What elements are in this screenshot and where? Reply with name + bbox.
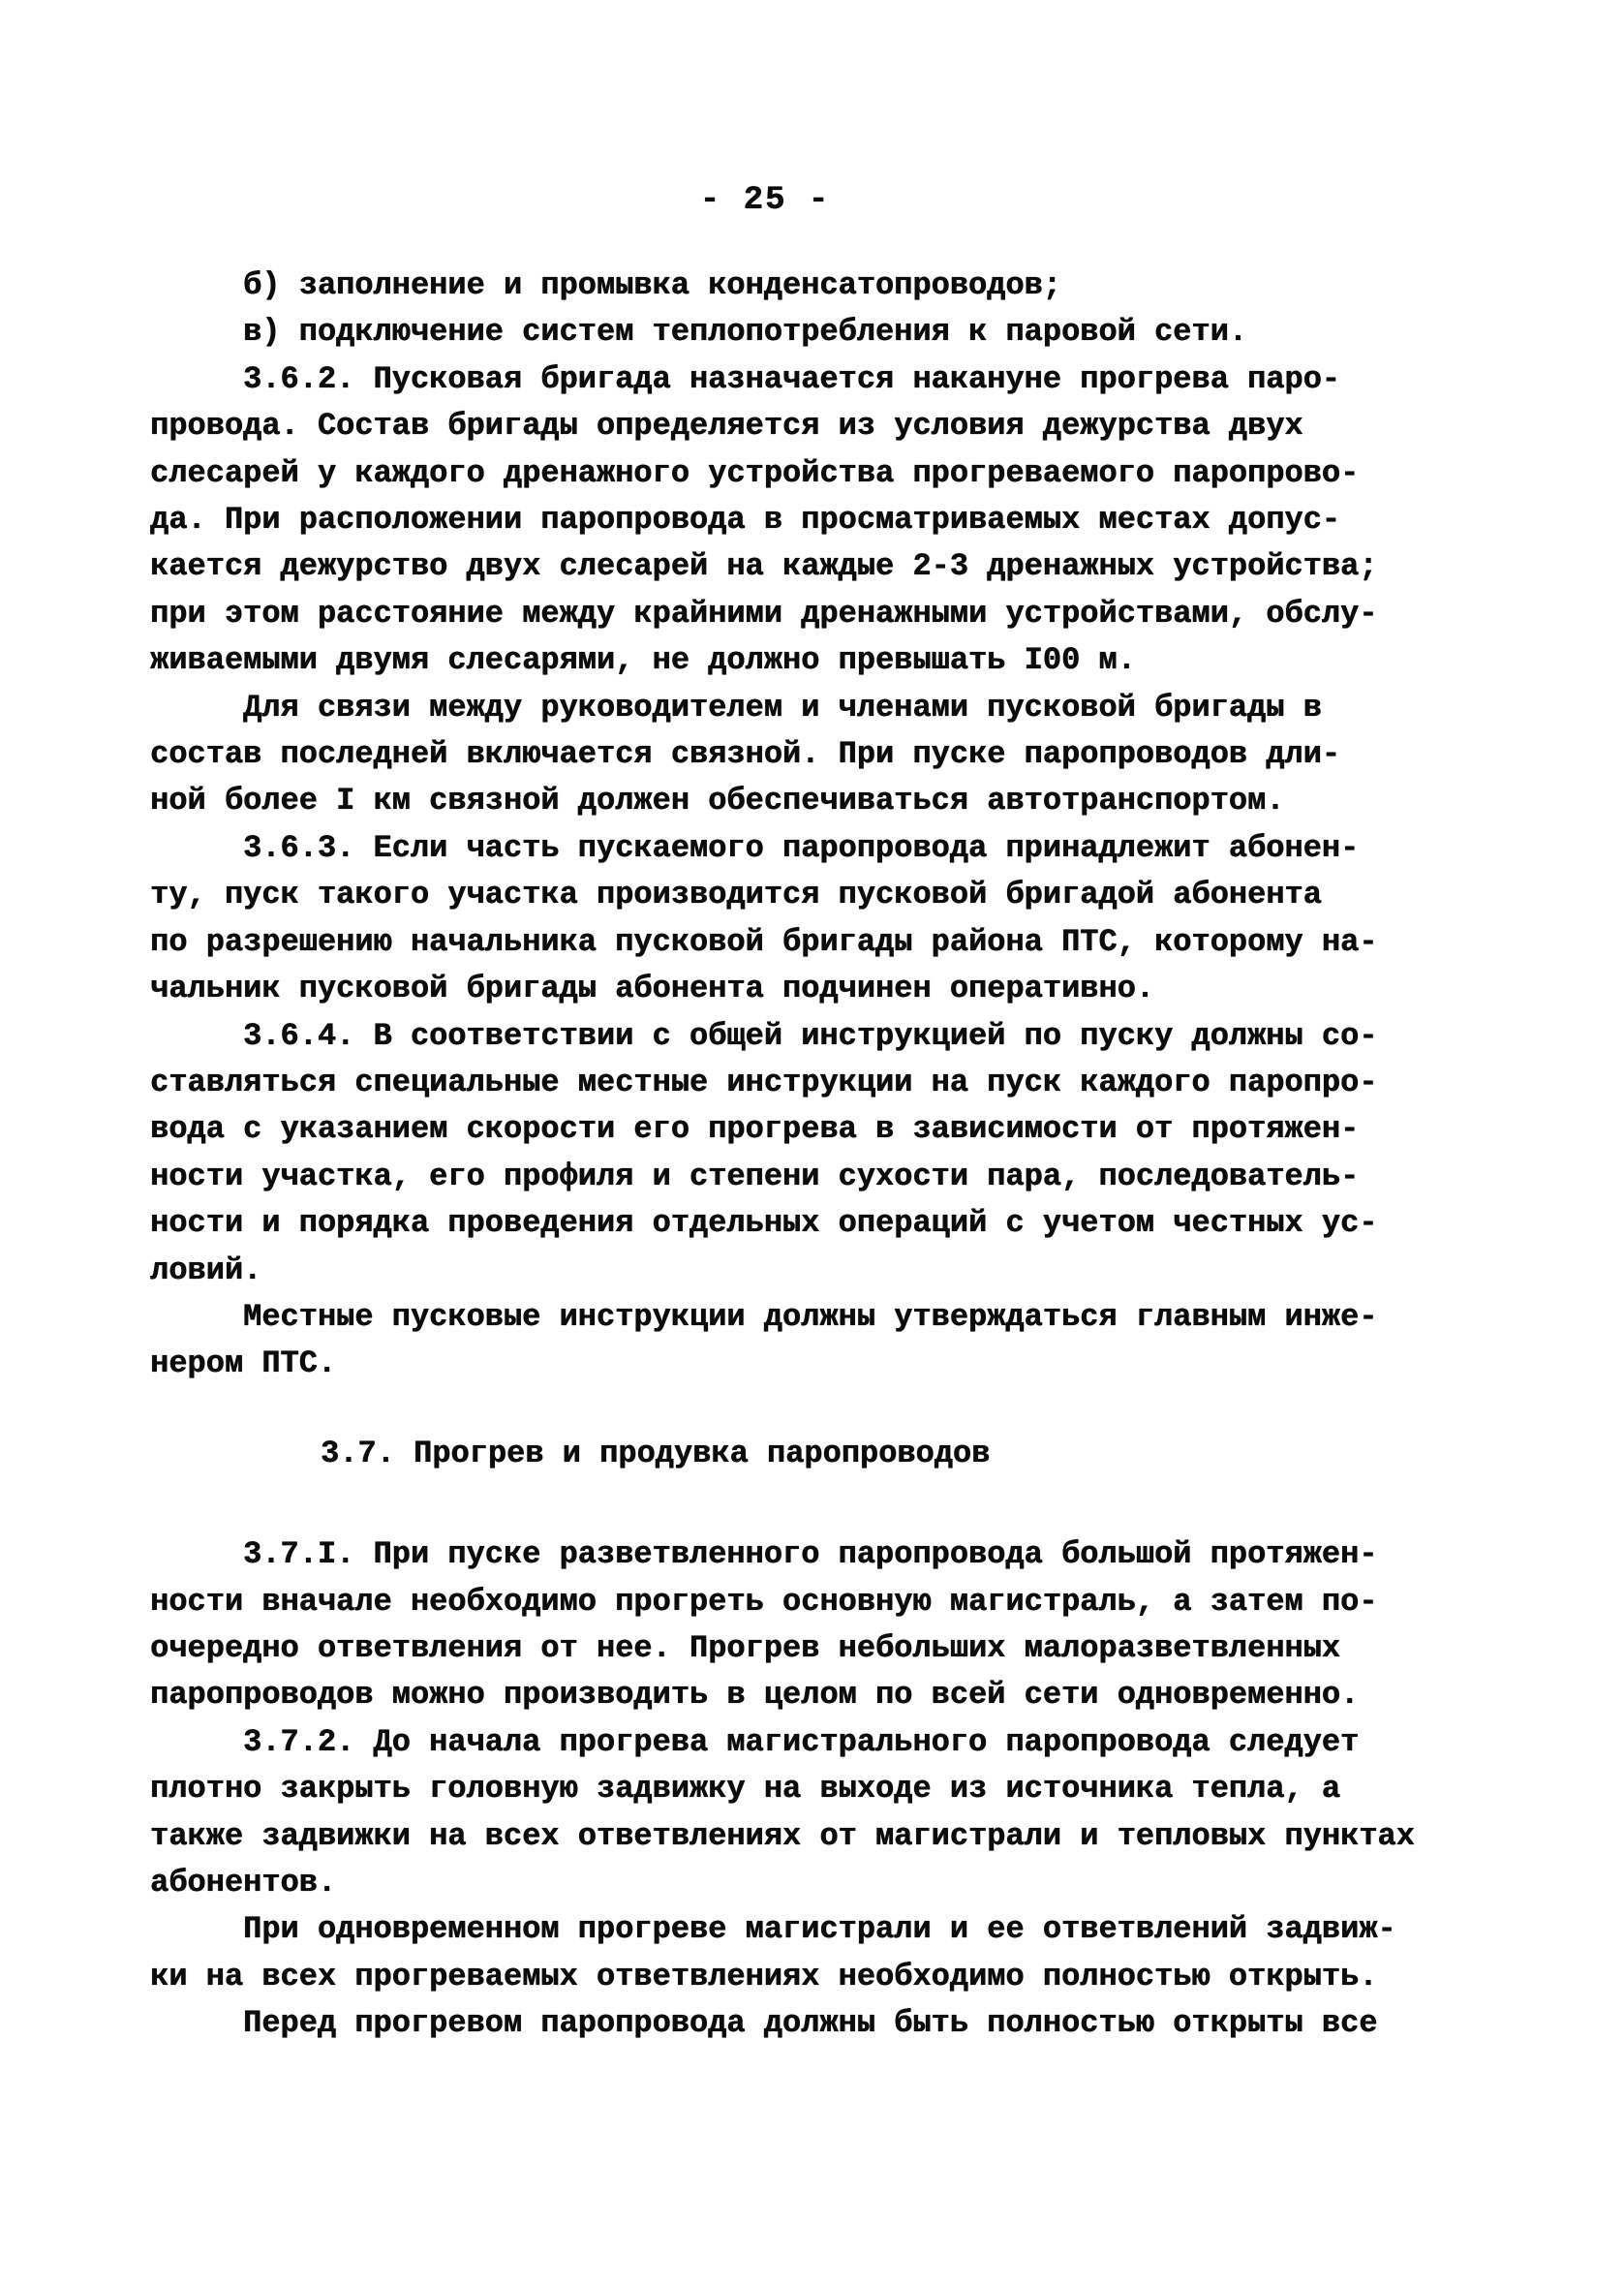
text-line: нером ПТС. [150,1341,1438,1387]
text-line: кается дежурство двух слесарей на каждые… [150,543,1438,590]
text-line: Перед прогревом паропровода должны быть … [150,2000,1438,2047]
text-line: состав последней включается связной. При… [150,731,1438,778]
text-line: также задвижки на всех ответвлениях от м… [150,1813,1438,1860]
text-line: 3.7.I. При пуске разветвленного паропров… [150,1531,1438,1578]
text-line: паропроводов можно производить в целом п… [150,1672,1438,1718]
text-line: Для связи между руководителем и членами … [150,685,1438,731]
text-line: в) подключение систем теплопотребления к… [150,309,1438,356]
text-line: чальник пусковой бригады абонента подчин… [150,966,1438,1012]
text-line: да. При расположении паропровода в просм… [150,497,1438,543]
section-heading: 3.7. Прогрев и продувка паропроводов [150,1431,1438,1477]
text-line: 3.6.3. Если часть пускаемого паропровода… [150,825,1438,872]
text-line: очередно ответвления от нее. Прогрев неб… [150,1625,1438,1672]
text-line: ной более I км связной должен обеспечива… [150,778,1438,824]
text-line: при этом расстояние между крайними дрена… [150,591,1438,637]
text-line: 3.6.2. Пусковая бригада назначается нака… [150,356,1438,403]
text-line: ловий. [150,1248,1438,1294]
text-line: Местные пусковые инструкции должны утвер… [150,1294,1438,1341]
text-line: абонентов. [150,1860,1438,1906]
text-line: ту, пуск такого участка производится пус… [150,872,1438,918]
text-line: 3.6.4. В соответствии с общей инструкцие… [150,1013,1438,1060]
text-line: слесарей у каждого дренажного устройства… [150,450,1438,497]
text-line: провода. Состав бригады определяется из … [150,403,1438,449]
text-line: живаемыми двумя слесарями, не должно пре… [150,637,1438,684]
text-line: ставляться специальные местные инструкци… [150,1060,1438,1106]
text-line: ки на всех прогреваемых ответвлениях нео… [150,1954,1438,2000]
text-line: ности и порядка проведения отдельных опе… [150,1200,1438,1247]
text-line: плотно закрыть головную задвижку на выхо… [150,1766,1438,1812]
text-line: ности вначале необходимо прогреть основн… [150,1579,1438,1625]
text-line: ности участка, его профиля и степени сух… [150,1154,1438,1200]
document-body: б) заполнение и промывка конденсатопрово… [150,263,1438,2048]
text-line: вода с указанием скорости его прогрева в… [150,1106,1438,1153]
text-line: б) заполнение и промывка конденсатопрово… [150,263,1438,309]
text-line: 3.7.2. До начала прогрева магистрального… [150,1719,1438,1766]
text-line: При одновременном прогреве магистрали и … [150,1906,1438,1953]
document-page: - 25 - б) заполнение и промывка конденса… [0,0,1624,2288]
text-line: по разрешению начальника пусковой бригад… [150,919,1438,966]
page-number: - 25 - [0,182,1530,219]
